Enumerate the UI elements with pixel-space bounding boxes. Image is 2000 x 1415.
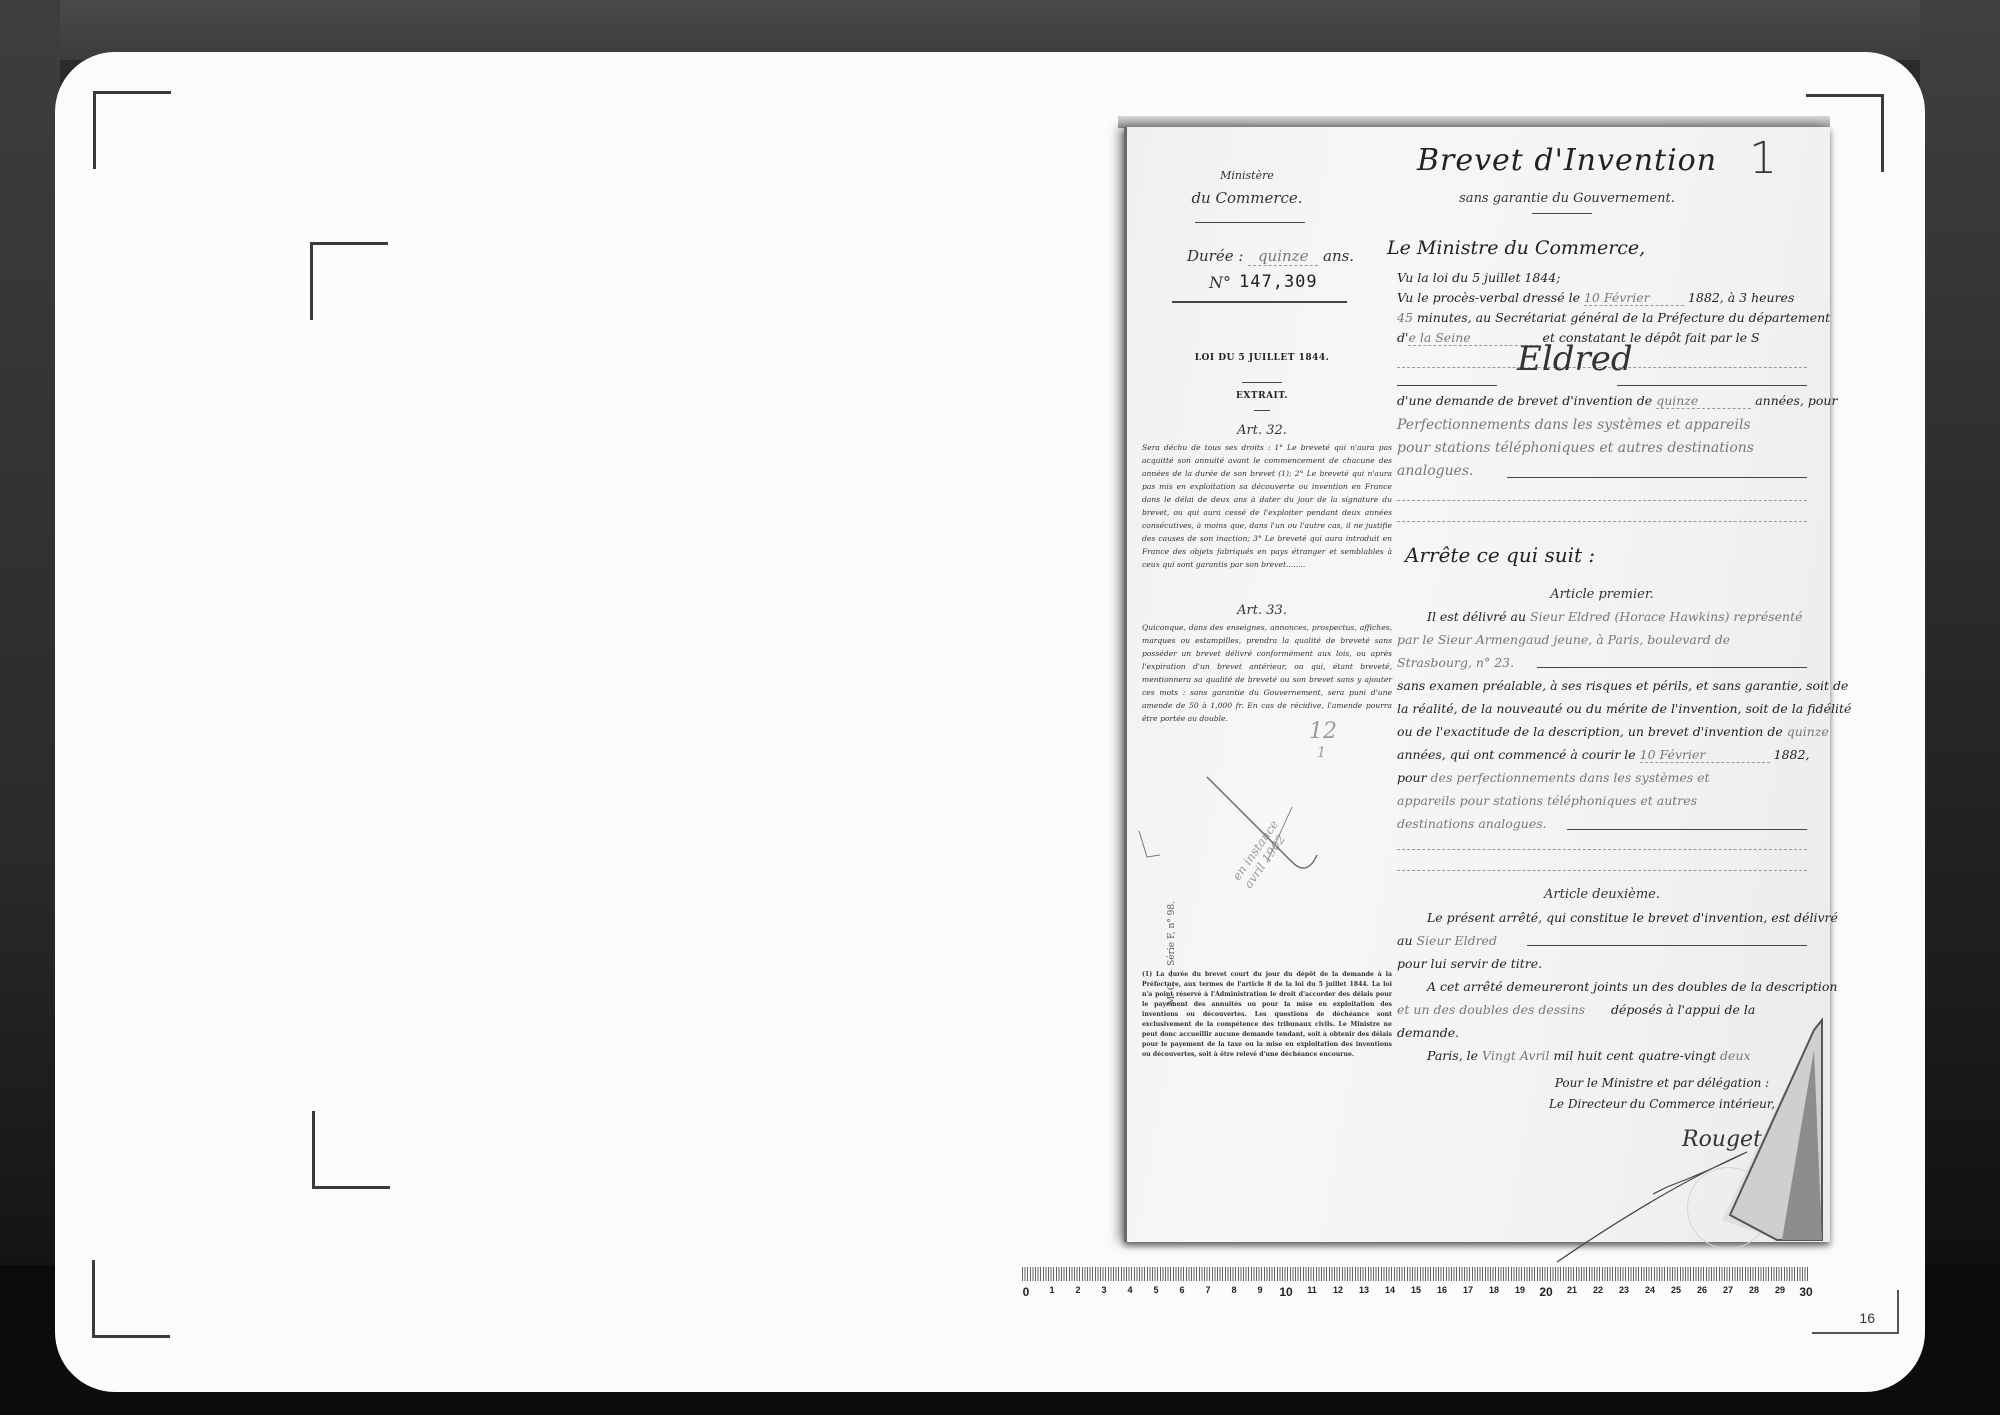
scanner-background-left [0, 0, 60, 1415]
ruler-label: 8 [1231, 1285, 1236, 1295]
minister-heading: Le Ministre du Commerce, [1387, 237, 1645, 259]
form-line [1527, 945, 1807, 946]
duration-unit: ans. [1323, 247, 1354, 265]
pencil-strike-mark [1197, 767, 1327, 877]
ruler-label: 17 [1463, 1285, 1473, 1295]
ruler-label: 15 [1411, 1285, 1421, 1295]
divider [1532, 213, 1592, 214]
text: servir de titre. [1451, 956, 1543, 971]
text: d' [1397, 330, 1408, 345]
year: 1882 [1688, 290, 1720, 305]
article-1-line-5: la réalité, de la nouveauté ou du mérite… [1397, 701, 1807, 716]
handwritten-date: 10 Février [1584, 290, 1684, 306]
form-line [1507, 477, 1807, 478]
form-line [1617, 385, 1807, 386]
text: Vu le procès-verbal dressé le [1397, 290, 1580, 305]
year: 1882, [1774, 747, 1810, 762]
form-line [1537, 667, 1807, 668]
crop-mark-inner-bottom-left [312, 1111, 390, 1189]
form-line [1397, 500, 1807, 501]
text: années, qui ont commencé à courir le [1397, 747, 1636, 762]
folio-mark: 1 [1749, 133, 1777, 184]
ruler-label: 26 [1697, 1285, 1707, 1295]
text: au [1397, 933, 1413, 948]
article-1-line-6: ou de l'exactitude de la description, un… [1397, 724, 1807, 739]
ruler-label: 2 [1075, 1285, 1080, 1295]
ruler-label: 28 [1749, 1285, 1759, 1295]
ruler-label: 12 [1333, 1285, 1343, 1295]
divider [1254, 410, 1270, 411]
ruler-label: 30 [1799, 1285, 1812, 1299]
article-1-line-7: années, qui ont commencé à courir le 10 … [1397, 747, 1807, 763]
document-title: Brevet d'Invention [1367, 143, 1767, 178]
ruler-label: 19 [1515, 1285, 1525, 1295]
ruler-label: 29 [1775, 1285, 1785, 1295]
text: années, pour [1755, 393, 1837, 408]
handwritten-date: Vingt Avril [1482, 1048, 1549, 1063]
form-line [1397, 521, 1807, 522]
pencil-tick-mark [1135, 827, 1165, 867]
handwritten-years: quinze [1787, 724, 1829, 739]
folded-corner [1722, 1010, 1830, 1245]
ruler-label: 27 [1723, 1285, 1733, 1295]
ruler-label: 24 [1645, 1285, 1655, 1295]
ruler-label: 18 [1489, 1285, 1499, 1295]
preamble-line-2: Vu le procès-verbal dressé le 10 Février… [1397, 290, 1807, 306]
text: d'une demande de brevet d'invention de [1397, 393, 1652, 408]
text: pour lui [1397, 956, 1447, 971]
ruler-label: 21 [1567, 1285, 1577, 1295]
handwritten-date: 10 Février [1640, 747, 1770, 763]
pencil-note-12: 12 [1309, 719, 1337, 744]
ruler-label: 13 [1359, 1285, 1369, 1295]
duration-field: Durée : quinze ans. [1187, 247, 1354, 266]
text: Il est délivré au [1427, 609, 1526, 624]
article-2-line-3: pour lui servir de titre. [1397, 956, 1807, 971]
crop-mark-inner-top-left [310, 242, 388, 320]
text: minutes, au Secrétariat général de la Pr… [1417, 310, 1830, 325]
text: pour [1397, 770, 1427, 785]
divider [1195, 222, 1305, 223]
duration-label: Durée : [1187, 247, 1243, 265]
ruler-label: 6 [1179, 1285, 1184, 1295]
crop-mark-outer-bottom-left [92, 1260, 170, 1338]
ruler-label: 1 [1049, 1285, 1054, 1295]
article-33-text: Quiconque, dans des enseignes, annonces,… [1142, 621, 1392, 725]
ruler-label: 25 [1671, 1285, 1681, 1295]
preamble-line-5: d'une demande de brevet d'invention de q… [1397, 393, 1807, 409]
ruler-label: 0 [1023, 1285, 1030, 1299]
invention-title-line-2: pour stations téléphoniques et autres de… [1397, 440, 1807, 456]
ruler-label: 3 [1101, 1285, 1106, 1295]
ruler-ticks [1022, 1267, 1810, 1281]
text: mil huit cent quatre-vingt [1553, 1048, 1716, 1063]
ruler-label: 10 [1279, 1285, 1292, 1299]
text: ou de l'exactitude de la description, un… [1397, 724, 1783, 739]
handwritten-grantee: Sieur Eldred [1417, 933, 1497, 948]
article-1-line-2: par le Sieur Armengaud jeune, à Paris, b… [1397, 632, 1807, 647]
article-1-heading: Article premier. [1367, 587, 1837, 602]
handwritten-grantee: Sieur Eldred (Horace Hawkins) représenté [1530, 609, 1803, 624]
duration-value: quinze [1248, 247, 1318, 266]
text: Paris, le [1427, 1048, 1478, 1063]
crop-mark-outer-top-left [93, 91, 171, 169]
ministry-line-1: Ministère [1127, 169, 1367, 182]
ruler-label: 22 [1593, 1285, 1603, 1295]
handwritten-invention: des perfectionnements dans les systèmes … [1431, 770, 1710, 785]
article-2-heading: Article deuxième. [1367, 887, 1837, 902]
ruler-label: 5 [1153, 1285, 1158, 1295]
form-line [1397, 849, 1807, 850]
divider [1172, 301, 1347, 303]
form-line [1567, 829, 1807, 830]
pencil-note-1: 1 [1317, 745, 1326, 761]
patent-number: 147,309 [1239, 272, 1318, 292]
handwritten-attachments: et un des doubles des dessins [1397, 1002, 1607, 1017]
ruler-label: 23 [1619, 1285, 1629, 1295]
article-2-line-4: A cet arrêté demeureront joints un des d… [1427, 979, 1837, 994]
ruler-label: 11 [1307, 1285, 1317, 1295]
footnote: (1) La durée du brevet court du jour du … [1142, 970, 1392, 1060]
ruler-label: 16 [1437, 1285, 1447, 1295]
ruler-label: 4 [1127, 1285, 1132, 1295]
document-subtitle: sans garantie du Gouvernement. [1367, 191, 1767, 206]
ruler-label: 7 [1205, 1285, 1210, 1295]
form-line [1397, 385, 1497, 386]
scanner-background-right [1920, 0, 2000, 1415]
extract-heading: EXTRAIT. [1127, 391, 1397, 401]
preamble-line-3: 45 minutes, au Secrétariat général de la… [1397, 310, 1807, 325]
page-number-box: 16 [1812, 1290, 1899, 1334]
invention-title-line-1: Perfectionnements dans les systèmes et a… [1397, 417, 1807, 433]
applicant-name: Eldred [1517, 339, 1633, 379]
article-32-title: Art. 32. [1127, 423, 1397, 438]
measurement-ruler: 0123456789101112131415161718192021222324… [1022, 1267, 1810, 1307]
form-line [1397, 870, 1807, 871]
article-32-text: Sera déchu de tous ses droits : 1° Le br… [1142, 441, 1392, 571]
law-title: LOI DU 5 JUILLET 1844. [1127, 353, 1397, 363]
text: , à 3 heures [1720, 290, 1795, 305]
article-1-line-8: pour des perfectionnements dans les syst… [1397, 770, 1807, 785]
arrete-heading: Arrête ce qui suit : [1405, 543, 1595, 567]
ruler-label: 9 [1257, 1285, 1262, 1295]
article-2-line-1: Le présent arrêté, qui constitue le brev… [1427, 910, 1837, 925]
article-33-title: Art. 33. [1127, 603, 1397, 618]
ruler-label: 20 [1539, 1285, 1552, 1299]
divider [1242, 382, 1282, 383]
article-1-line-4: sans examen préalable, à ses risques et … [1397, 678, 1807, 693]
handwritten-years: quinze [1656, 393, 1751, 409]
handwritten-minutes: 45 [1397, 310, 1413, 325]
scanner-background-top [0, 0, 2000, 60]
left-column: Ministère du Commerce. Durée : quinze an… [1127, 127, 1397, 1242]
ministry-line-2: du Commerce. [1127, 189, 1367, 207]
article-1-line-9: appareils pour stations téléphoniques et… [1397, 793, 1807, 808]
page-number: 16 [1859, 1310, 1875, 1326]
number-label: N° [1209, 273, 1231, 292]
ruler-label: 14 [1385, 1285, 1395, 1295]
article-1-line-1: Il est délivré au Sieur Eldred (Horace H… [1427, 609, 1837, 624]
preamble-line-1: Vu la loi du 5 juillet 1844; [1397, 270, 1807, 285]
